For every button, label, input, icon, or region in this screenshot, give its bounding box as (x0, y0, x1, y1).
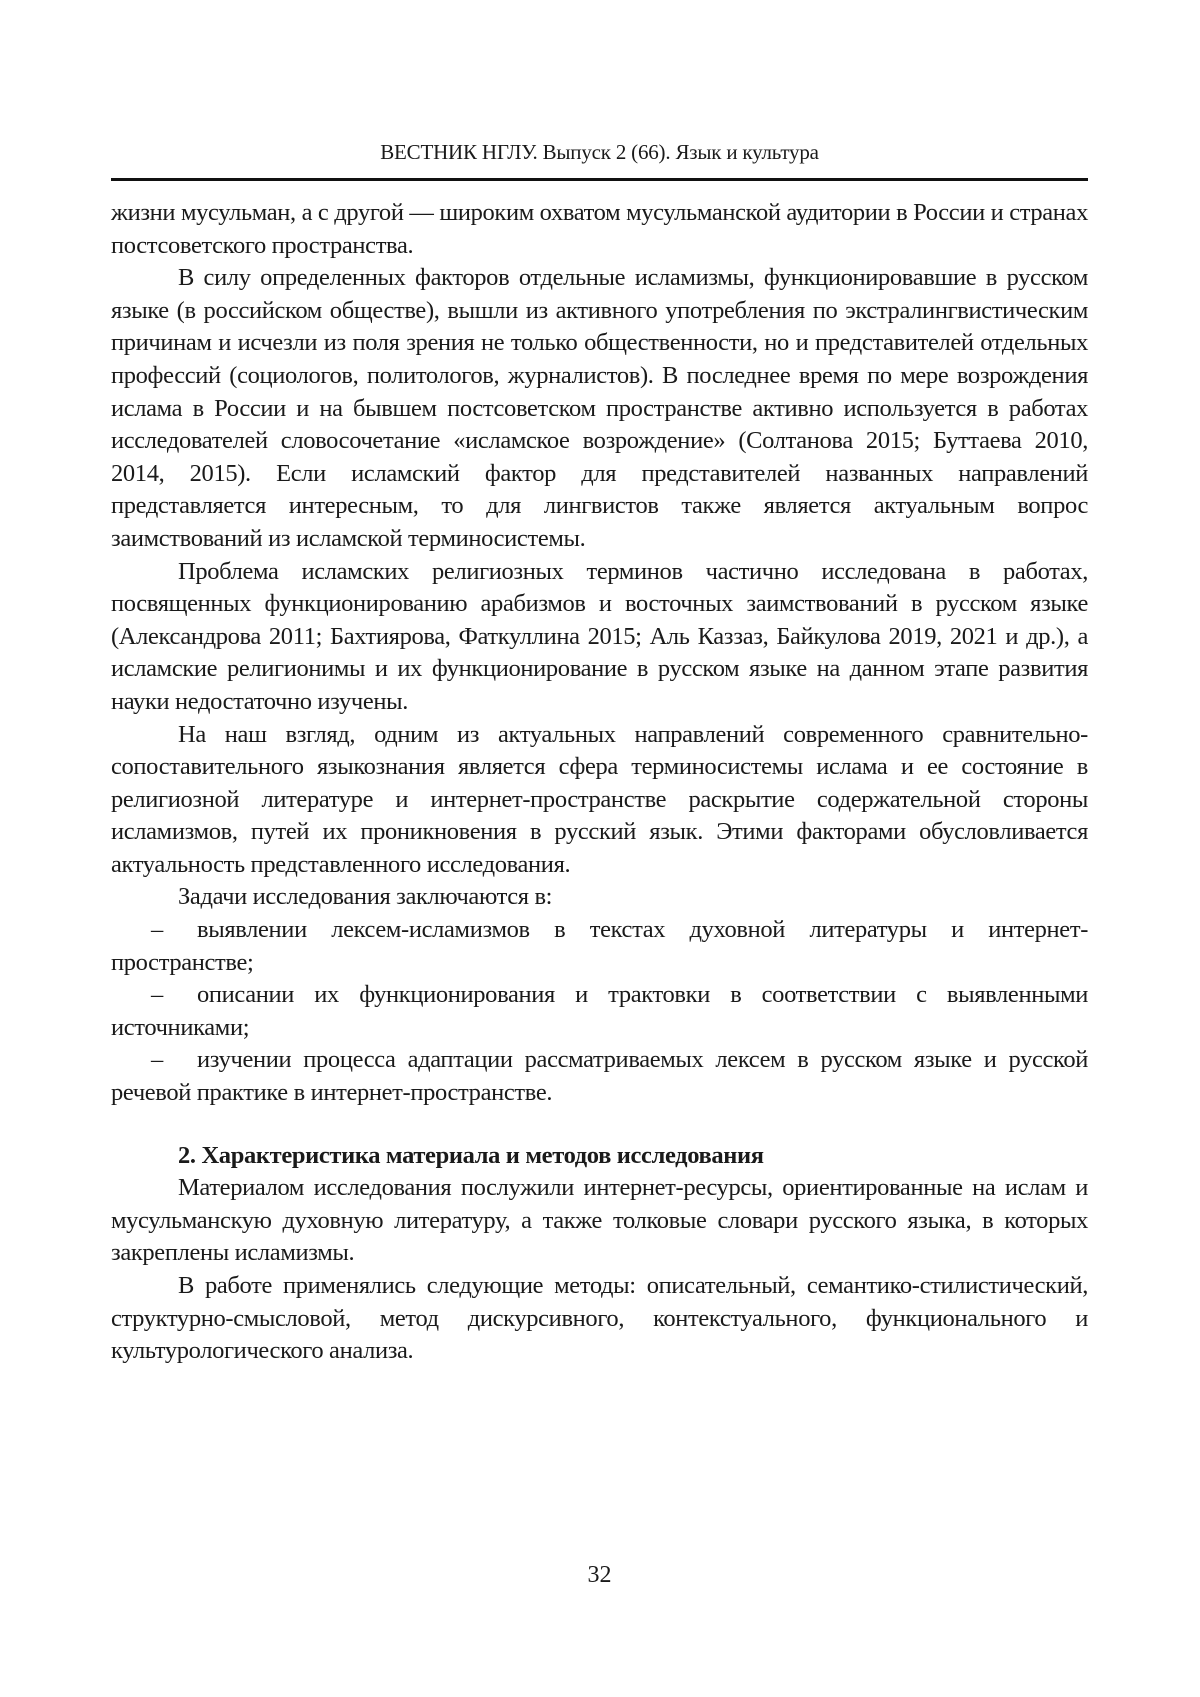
page-number: 32 (111, 1562, 1088, 1589)
paragraph: В работе применялись следующие методы: о… (111, 1270, 1088, 1368)
body-text: жизни мусульман, а с другой — широким ох… (111, 197, 1088, 1368)
paragraph: На наш взгляд, одним из актуальных напра… (111, 719, 1088, 882)
paragraph: В силу определенных факторов отдельные и… (111, 262, 1088, 555)
task-item: –выявлении лексем-исламизмов в текстах д… (111, 914, 1088, 979)
section-spacer (111, 1110, 1088, 1140)
paragraph-continuation: жизни мусульман, а с другой — широким ох… (111, 197, 1088, 262)
task-item-text: описании их функционирования и трактовки… (111, 981, 1088, 1041)
paragraph: Проблема исламских религиозных терминов … (111, 556, 1088, 719)
section-heading: 2. Характеристика материала и методов ис… (111, 1140, 1088, 1173)
task-item: –изучении процесса адаптации рассматрива… (111, 1044, 1088, 1109)
dash-bullet-icon: – (151, 914, 197, 947)
dash-bullet-icon: – (151, 1044, 197, 1077)
task-item-text: выявлении лексем-исламизмов в текстах ду… (111, 916, 1088, 976)
task-item-text: изучении процесса адаптации рассматривае… (111, 1046, 1088, 1106)
task-item: –описании их функционирования и трактовк… (111, 979, 1088, 1044)
paragraph: Материалом исследования послужили интерн… (111, 1172, 1088, 1270)
tasks-intro: Задачи исследования заключаются в: (111, 881, 1088, 914)
header-rule (111, 178, 1088, 181)
running-head: ВЕСТНИК НГЛУ. Выпуск 2 (66). Язык и куль… (111, 140, 1088, 165)
dash-bullet-icon: – (151, 979, 197, 1012)
